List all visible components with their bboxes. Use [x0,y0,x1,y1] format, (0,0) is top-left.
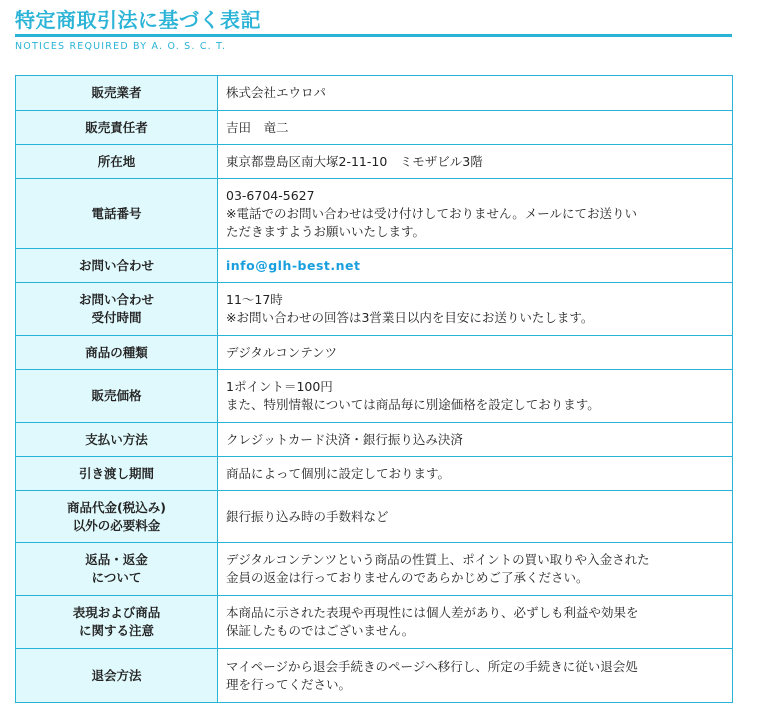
page-subtitle: NOTICES REQUIRED BY A. O. S. C. T. [15,41,226,52]
row-value: 理を行ってください。 [226,676,724,694]
row-value-cell: 吉田 竜二 [218,111,733,145]
row-label: 販売価格 [17,387,216,405]
table-row: 退会方法マイページから退会手続きのページへ移行し、所定の手続きに従い退会処理を行… [16,649,733,703]
row-label: 商品の種類 [17,344,216,362]
row-value: ※お問い合わせの回答は3営業日以内を目安にお送りいたします。 [226,309,724,327]
row-value: 03-6704-5627 [226,187,724,205]
row-label-cell: 退会方法 [16,649,218,703]
row-label-cell: 所在地 [16,145,218,179]
table-row: 販売責任者吉田 竜二 [16,111,733,145]
row-value-cell: 商品によって個別に設定しております。 [218,457,733,491]
row-value: デジタルコンテンツという商品の性質上、ポイントの買い取りや入金された [226,551,724,569]
table-row: 電話番号03-6704-5627※電話でのお問い合わせは受け付けしておりません。… [16,179,733,249]
row-label: お問い合わせ [17,291,216,309]
row-label: 返品・返金 [17,551,216,569]
row-value: クレジットカード決済・銀行振り込み決済 [226,431,724,449]
row-label: 退会方法 [17,667,216,685]
row-label-cell: 販売責任者 [16,111,218,145]
row-value-cell: 東京都豊島区南大塚2-11-10 ミモザビル3階 [218,145,733,179]
table-row: 所在地東京都豊島区南大塚2-11-10 ミモザビル3階 [16,145,733,179]
row-label-cell: 商品代金(税込み)以外の必要料金 [16,491,218,543]
row-label: に関する注意 [17,622,216,640]
row-value: デジタルコンテンツ [226,344,724,362]
row-label: 商品代金(税込み) [17,499,216,517]
table-row: 支払い方法クレジットカード決済・銀行振り込み決済 [16,423,733,457]
row-value: ただきますようお願いいたします。 [226,223,724,241]
row-value: 吉田 竜二 [226,119,724,137]
page-title: 特定商取引法に基づく表記 [15,4,261,33]
table-row: 販売業者株式会社エウロパ [16,76,733,111]
row-value: 保証したものではございません。 [226,622,724,640]
row-value-cell: 銀行振り込み時の手数料など [218,491,733,543]
row-label-cell: 引き渡し期間 [16,457,218,491]
row-value: 商品によって個別に設定しております。 [226,465,724,483]
row-value: 本商品に示された表現や再現性には個人差があり、必ずしも利益や効果を [226,604,724,622]
row-value: 株式会社エウロパ [226,84,724,102]
row-value-cell: デジタルコンテンツという商品の性質上、ポイントの買い取りや入金された金員の返金は… [218,543,733,596]
row-label: お問い合わせ [17,257,216,275]
notices-table: 販売業者株式会社エウロパ販売責任者吉田 竜二所在地東京都豊島区南大塚2-11-1… [15,75,733,703]
table-row: 表現および商品に関する注意本商品に示された表現や再現性には個人差があり、必ずしも… [16,596,733,649]
row-label-cell: 電話番号 [16,179,218,249]
row-value-cell: 11～17時※お問い合わせの回答は3営業日以内を目安にお送りいたします。 [218,283,733,336]
row-value-cell: クレジットカード決済・銀行振り込み決済 [218,423,733,457]
row-label: 電話番号 [17,205,216,223]
row-label: 販売責任者 [17,119,216,137]
row-label: 受付時間 [17,309,216,327]
row-value-cell: マイページから退会手続きのページへ移行し、所定の手続きに従い退会処理を行ってくだ… [218,649,733,703]
row-label-cell: お問い合わせ受付時間 [16,283,218,336]
row-label: 支払い方法 [17,431,216,449]
row-value: 銀行振り込み時の手数料など [226,508,724,526]
row-label-cell: お問い合わせ [16,249,218,283]
row-label: 以外の必要料金 [17,517,216,535]
row-value-cell: デジタルコンテンツ [218,336,733,370]
row-label-cell: 支払い方法 [16,423,218,457]
row-label: 所在地 [17,153,216,171]
row-label: 表現および商品 [17,604,216,622]
table-row: 商品の種類デジタルコンテンツ [16,336,733,370]
email-link[interactable]: info@glh-best.net [226,257,724,275]
table-row: 返品・返金についてデジタルコンテンツという商品の性質上、ポイントの買い取りや入金… [16,543,733,596]
row-label-cell: 表現および商品に関する注意 [16,596,218,649]
row-value-cell: info@glh-best.net [218,249,733,283]
row-value-cell: 1ポイント＝100円また、特別情報については商品毎に別途価格を設定しております。 [218,370,733,423]
row-value: 金員の返金は行っておりませんのであらかじめご了承ください。 [226,569,724,587]
row-value-cell: 株式会社エウロパ [218,76,733,111]
row-value: 11～17時 [226,291,724,309]
row-value: マイページから退会手続きのページへ移行し、所定の手続きに従い退会処 [226,658,724,676]
table-row: 引き渡し期間商品によって個別に設定しております。 [16,457,733,491]
row-value: 1ポイント＝100円 [226,378,724,396]
title-underline [15,34,732,37]
row-label: について [17,569,216,587]
row-value-cell: 03-6704-5627※電話でのお問い合わせは受け付けしておりません。メールに… [218,179,733,249]
row-value: また、特別情報については商品毎に別途価格を設定しております。 [226,396,724,414]
table-row: お問い合わせinfo@glh-best.net [16,249,733,283]
row-label-cell: 返品・返金について [16,543,218,596]
table-row: 販売価格1ポイント＝100円また、特別情報については商品毎に別途価格を設定してお… [16,370,733,423]
table-row: お問い合わせ受付時間11～17時※お問い合わせの回答は3営業日以内を目安にお送り… [16,283,733,336]
row-value: ※電話でのお問い合わせは受け付けしておりません。メールにてお送りい [226,205,724,223]
row-label-cell: 販売業者 [16,76,218,111]
table-row: 商品代金(税込み)以外の必要料金銀行振り込み時の手数料など [16,491,733,543]
row-label: 引き渡し期間 [17,465,216,483]
row-label-cell: 販売価格 [16,370,218,423]
row-value-cell: 本商品に示された表現や再現性には個人差があり、必ずしも利益や効果を保証したもので… [218,596,733,649]
row-value: 東京都豊島区南大塚2-11-10 ミモザビル3階 [226,153,724,171]
row-label: 販売業者 [17,84,216,102]
row-label-cell: 商品の種類 [16,336,218,370]
